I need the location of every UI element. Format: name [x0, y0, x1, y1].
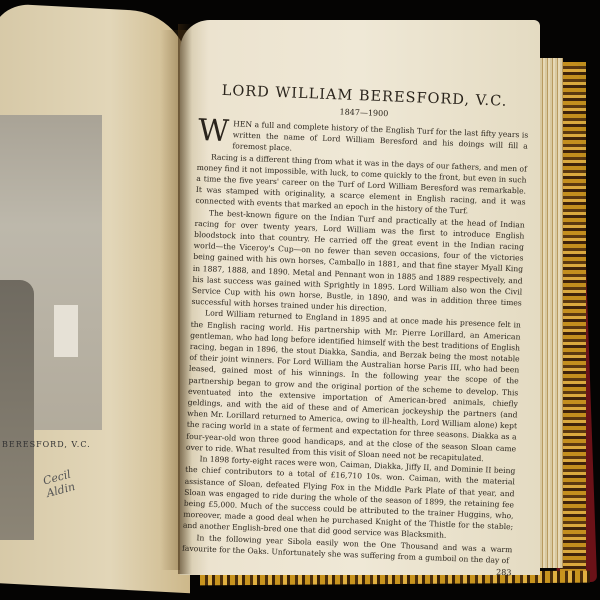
open-book-photo: Cecil Aldin BERESFORD, V.C. LORD WILLIAM… [0, 0, 600, 600]
plate-caption: BERESFORD, V.C. [2, 440, 91, 449]
gilt-tooled-edge [560, 62, 586, 582]
paragraph: In 1898 forty-eight races were won, Caim… [183, 453, 516, 544]
paragraph: Lord William returned to England in 1895… [186, 307, 521, 465]
drop-cap: W [198, 119, 230, 144]
plate-figure [0, 280, 34, 540]
body-text: WHEN a full and complete history of the … [182, 117, 529, 566]
paragraph: The best-known figure on the Indian Turf… [191, 207, 525, 320]
right-page-text: LORD WILLIAM BERESFORD, V.C. 1847—1900 W… [181, 82, 529, 577]
illustration-plate: Cecil Aldin [0, 115, 102, 430]
plate-building [54, 305, 78, 357]
